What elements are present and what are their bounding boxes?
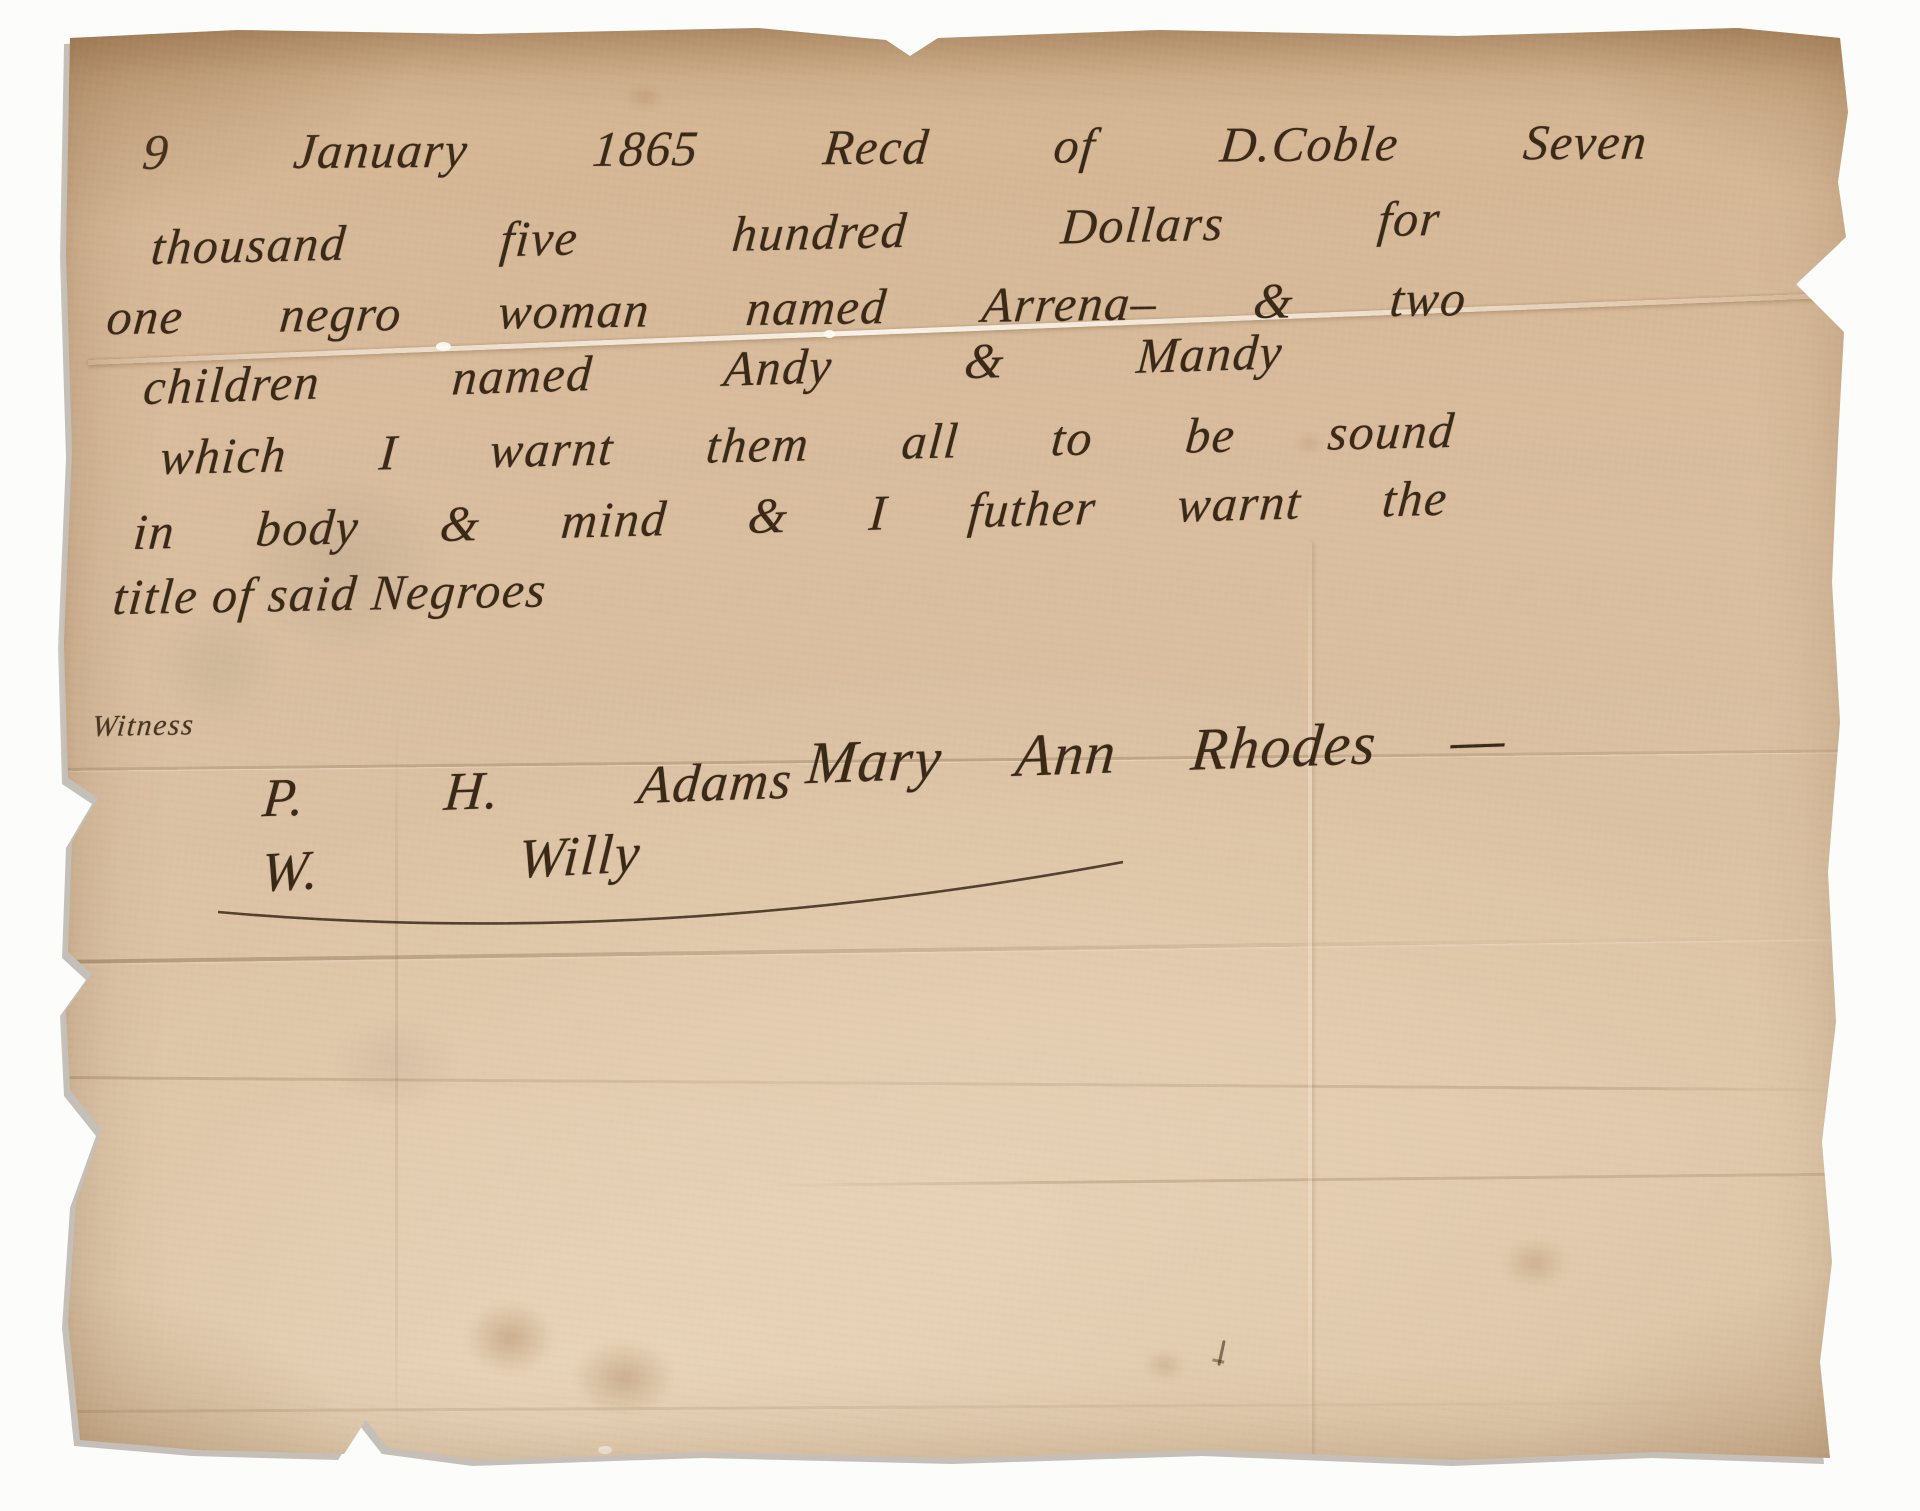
manuscript-line: thousand five hundred Dollars for bbox=[149, 186, 1444, 280]
document-paper: 9 January 1865 Recd of D.Coble Seven tho… bbox=[58, 22, 1864, 1474]
manuscript-line: title of said Negroes bbox=[110, 552, 851, 630]
manuscript-text-layer: 9 January 1865 Recd of D.Coble Seven tho… bbox=[58, 22, 1864, 1474]
manuscript-line: 9 January 1865 Recd of D.Coble Seven bbox=[140, 109, 1651, 185]
paper-fleck bbox=[598, 1446, 612, 1454]
witness-label: Witness bbox=[91, 705, 197, 746]
scanned-document-background: 9 January 1865 Recd of D.Coble Seven tho… bbox=[0, 0, 1920, 1511]
seller-signature: Mary Ann Rhodes — bbox=[803, 700, 1509, 803]
witness-signature: P. H. Adams bbox=[260, 745, 796, 834]
